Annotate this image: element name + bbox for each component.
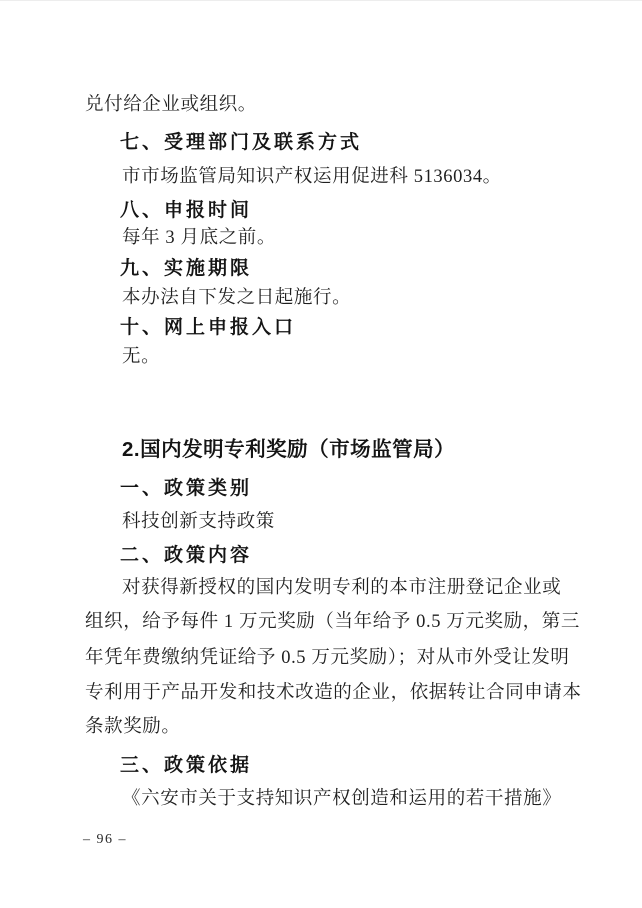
heading-application-time: 八、申报时间 [120, 200, 252, 222]
paragraph-policy-basis: 《六安市关于支持知识产权创造和运用的若干措施》 [122, 789, 561, 810]
page-number: – 96 – [83, 832, 127, 847]
heading-implementation-period: 九、实施期限 [120, 258, 252, 280]
heading-policy-content: 二、政策内容 [120, 545, 252, 567]
heading-policy-basis: 三、政策依据 [120, 755, 252, 777]
paragraph-policy-content-line: 组织，给予每件 1 万元奖励（当年给予 0.5 万元奖励，第三 [85, 612, 580, 633]
paragraph-policy-content-line: 对获得新授权的国内发明专利的本市注册登记企业或 [122, 578, 561, 599]
paragraph-online-application-entry: 无。 [122, 347, 160, 368]
paragraph-policy-category: 科技创新支持政策 [122, 512, 275, 533]
paragraph-policy-content-line: 条款奖励。 [85, 717, 181, 738]
paragraph-continuation: 兑付给企业或组织。 [85, 95, 257, 116]
heading-online-application-entry: 十、网上申报入口 [120, 317, 296, 339]
paragraph-application-time: 每年 3 月底之前。 [122, 228, 276, 249]
paragraph-policy-content-line: 专利用于产品开发和技术改造的企业，依据转让合同申请本 [85, 683, 582, 704]
heading-policy-category: 一、政策类别 [120, 478, 252, 500]
doc-subtitle-patent-reward: 2.国内发明专利奖励（市场监管局） [122, 438, 455, 462]
paragraph-policy-content-line: 年凭年费缴纳凭证给予 0.5 万元奖励）；对从市外受让发明 [85, 648, 570, 669]
document-page: 兑付给企业或组织。 七、受理部门及联系方式 市市场监管局知识产权运用促进科 51… [0, 0, 642, 908]
heading-acceptance-department: 七、受理部门及联系方式 [120, 132, 362, 154]
paragraph-contact-info: 市市场监管局知识产权运用促进科 5136034。 [122, 167, 502, 188]
paragraph-implementation-period: 本办法自下发之日起施行。 [122, 288, 351, 309]
